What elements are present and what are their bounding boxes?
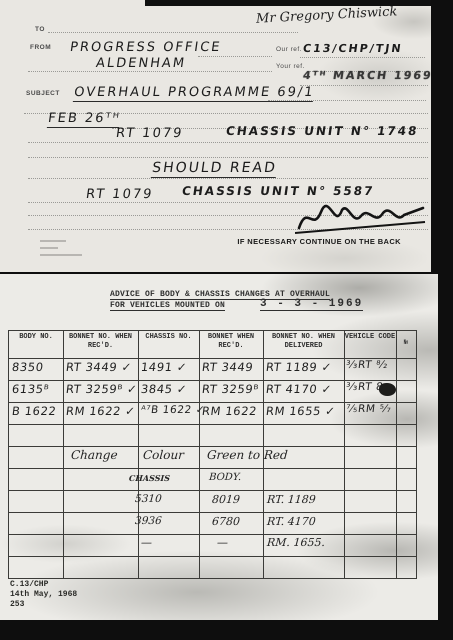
ruled-line [28,71,272,72]
colour-row-cell: RM. 1655. [267,536,326,549]
footer-number: 253 [10,600,77,610]
memo-date: 4ᵀᴴ MARCH 1969 [302,69,433,82]
advice-subtitle: FOR VEHICLES MOUNTED ON [110,301,225,311]
memo-our-ref-value: C13/CHP/TJN [302,42,403,55]
correct-chassis-unit: CHASSIS UNIT N° 5587 [181,184,375,198]
row-line [9,512,416,513]
column-line [63,331,64,578]
ruled-line [28,142,428,143]
header-chassis-no: CHASSIS NO. [138,333,199,342]
column-line [199,331,200,578]
to-label: TO [35,26,45,33]
table-cell: RT 1189 ✓ [265,360,333,374]
table-cell: ᴬ⁷B 1622 ✓ [140,404,206,416]
table-cell: RT 4170 ✓ [265,382,333,396]
memo-subject-value: OVERHAUL PROGRAMME 69/1 [73,85,316,102]
from-label: FROM [30,44,51,51]
wrong-fleet-number: RT 1079 [115,126,184,141]
signature-icon [295,198,427,240]
colour-note-word: Colour [143,448,185,462]
ink-blot [379,383,396,396]
memo-sheet: TO FROM Our ref. Your ref. SUBJECT Mr Gr… [0,0,431,272]
ruled-line [300,85,428,86]
colour-note-word: Change [71,448,119,462]
advice-footer: C.13/CHP 14th May, 1968 253 [10,580,77,610]
table-cell: RT 3449 [201,360,254,374]
colour-note-word: Green to Red [207,448,289,462]
sub-header-chassis: CHASSIS [129,473,171,483]
ruled-line [28,157,428,158]
colour-row-cell: RT. 1189 [267,493,317,506]
wrong-chassis-unit: CHASSIS UNIT N° 1748 [225,124,419,138]
subject-label: SUBJECT [26,90,60,97]
table-cell: 8350 [11,360,44,374]
our-ref-label: Our ref. [276,46,302,53]
colour-row-cell: 5310 [135,493,163,505]
continue-on-back-note: IF NECESSARY CONTINUE ON THE BACK [237,237,401,246]
correct-fleet-number: RT 1079 [85,187,154,202]
table-cell: RT 3259ᴮ ✓ [65,382,138,396]
header-last: № [396,339,416,348]
colour-row-cell: — [141,536,153,549]
table-cell: ⁷⁄₅RM ⁵⁄₇ [345,403,392,415]
table-cell: RM 1622 ✓ [65,404,136,418]
your-ref-label: Your ref. [276,63,305,70]
header-bonnet-recd: BONNET NO. WHEN REC'D. [63,333,138,352]
header-bonnet-when-recd: BONNET WHEN REC'D. [199,333,263,352]
table-cell: 6135ᴮ [11,382,50,396]
table-cell: B 1622 [11,404,57,418]
scanned-document: TO FROM Our ref. Your ref. SUBJECT Mr Gr… [0,0,453,640]
changes-table: BODY NO. BONNET NO. WHEN REC'D. CHASSIS … [8,330,417,579]
recipient-handwriting: Mr Gregory Chiswick [256,4,398,26]
scan-edge-strip [145,0,431,6]
memo-from-office: PROGRESS OFFICE [69,40,222,55]
column-line [396,331,397,578]
table-cell: RT 3259ᴮ [201,382,260,396]
colour-row-cell: 8019 [212,493,241,506]
row-line [9,468,416,469]
header-vehicle-code: VEHICLE CODE [344,333,396,342]
colour-row-cell: 3936 [135,515,163,527]
table-cell: RM 1622 [201,404,258,418]
column-line [138,331,139,578]
memo-from-location: ALDENHAM [95,56,187,71]
table-cell: 1491 ✓ [140,360,188,374]
sub-header-body: BODY. [209,472,242,483]
advice-sheet: ADVICE OF BODY & CHASSIS CHANGES AT OVER… [0,274,438,620]
colour-row-cell: 6780 [212,515,241,528]
fine-print-line [40,240,66,242]
header-body-no: BODY NO. [9,333,63,342]
colour-row-cell: — [217,536,229,549]
table-cell: RT 3449 ✓ [65,360,133,374]
mounted-date: 3 - 3 - 1969 [260,298,363,311]
colour-row-cell: RT. 4170 [267,515,317,528]
header-bonnet-delivered: BONNET NO. WHEN DELIVERED [263,333,344,352]
row-line [9,490,416,491]
ruled-line [300,57,425,58]
ruled-line [198,56,272,57]
ruled-line [48,32,298,33]
row-line [9,534,416,535]
row-line [9,446,416,447]
table-cell: ³⁄₃RT ⁸⁄₂ [345,359,389,371]
fine-print-line [40,254,82,256]
table-cell: RM 1655 ✓ [265,404,336,418]
footer-date: 14th May, 1968 [10,590,77,600]
row-line [9,556,416,557]
ruled-line [28,178,428,179]
footer-ref: C.13/CHP [10,580,77,590]
row-line [9,424,416,425]
table-cell: 3845 ✓ [140,382,188,396]
should-read-heading: SHOULD READ [151,160,278,178]
memo-note-date: FEB 26ᵀᴴ [47,111,122,128]
fine-print-line [40,247,58,249]
